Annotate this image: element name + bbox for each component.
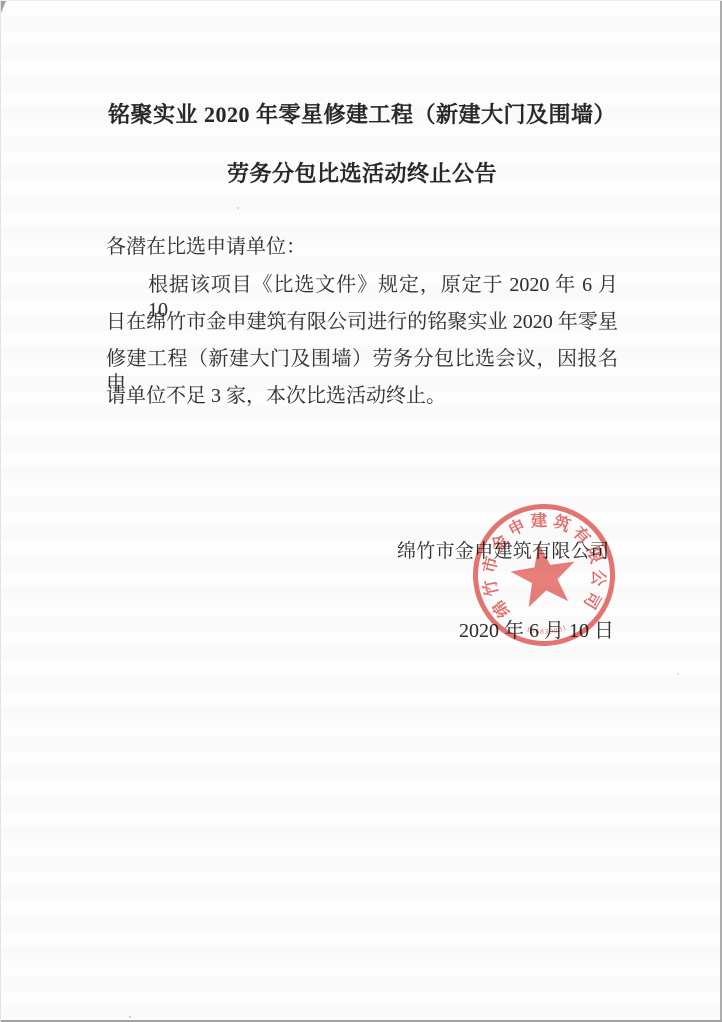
scan-corner-artifact [1,1,6,13]
seal-serial-number: 106839001 [525,622,569,637]
document-title-line2: 劳务分包比选活动终止公告 [1,157,722,188]
scan-speck [677,673,679,675]
paragraph-line-2: 日在绵竹市金申建筑有限公司进行的铭聚实业 2020 年零星 [106,310,618,335]
paragraph-line-4: 请单位不足 3 家，本次比选活动终止。 [106,384,618,409]
company-seal-stamp-icon: 绵竹市金申建筑有限公司 106839001 [455,486,634,665]
scanned-document-page: 铭聚实业 2020 年零星修建工程（新建大门及围墙） 劳务分包比选活动终止公告 … [0,0,722,1022]
scan-speck [237,207,239,209]
scan-speck [129,1016,131,1018]
document-title-line1: 铭聚实业 2020 年零星修建工程（新建大门及围墙） [1,98,722,129]
seal-star-icon [509,542,577,608]
salutation-line: 各潜在比选申请单位： [106,235,618,260]
